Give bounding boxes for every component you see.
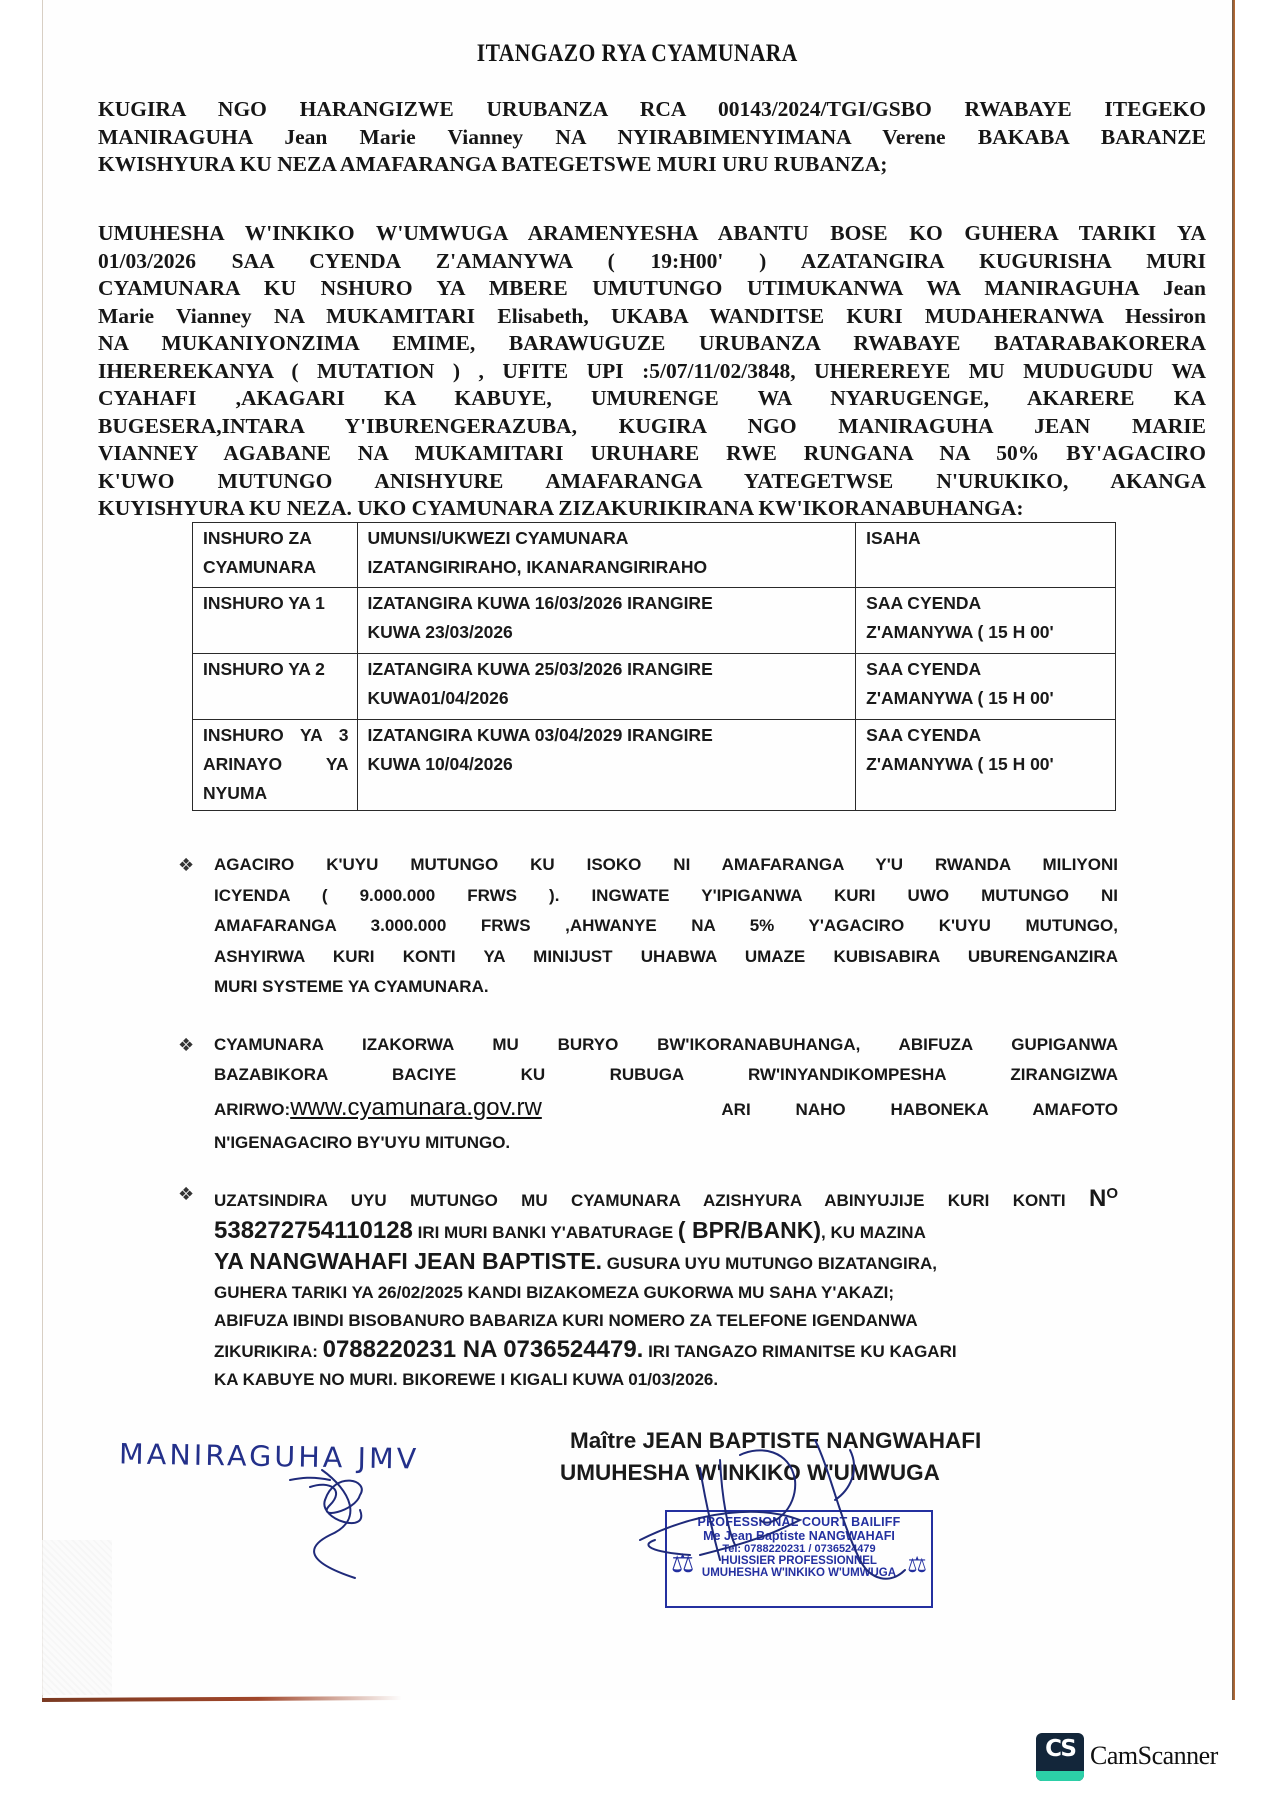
camscanner-logo-icon: CS [1036, 1733, 1084, 1781]
signature-scribbles [0, 0, 1271, 1800]
camscanner-watermark: CamScanner [1090, 1741, 1218, 1771]
